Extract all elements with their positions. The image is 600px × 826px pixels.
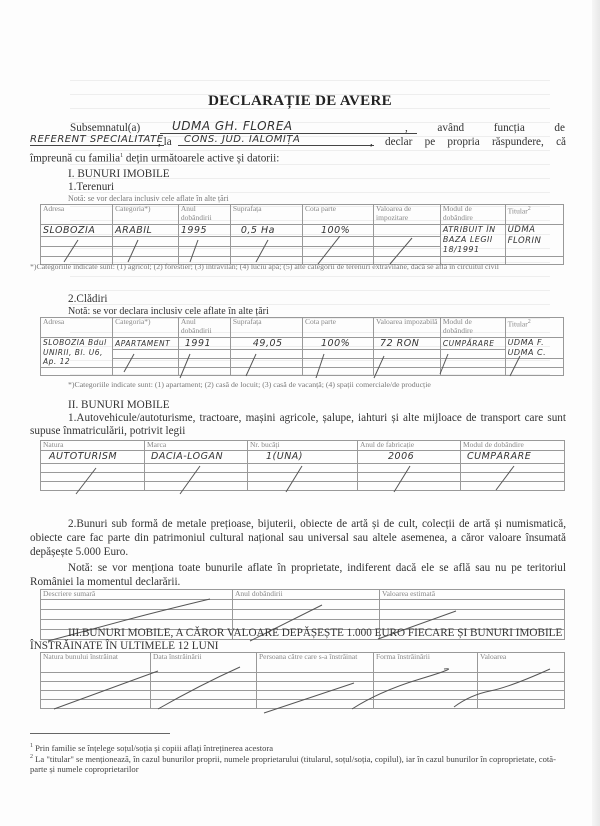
table-row: AUTOTURISM DACIA-LOGAN 1(UNA) 2006 CUMPĂ… bbox=[41, 451, 565, 464]
col-suprafata: Suprafața bbox=[230, 205, 302, 225]
cladiri-header-row: Adresa Categoria*) Anul dobândirii Supra… bbox=[41, 318, 564, 338]
intro-line-3: împreună cu familia1 dețin următoarele a… bbox=[30, 150, 279, 166]
text-avand-functia: , având funcția de bbox=[405, 122, 565, 135]
col-modul: Modul de dobândire bbox=[440, 318, 505, 338]
col-forma-instrainarii: Forma înstrăinării bbox=[374, 653, 478, 673]
col-titular: Titular2 bbox=[505, 205, 563, 225]
terenuri-note: Notă: se vor declara inclusiv cele aflat… bbox=[68, 194, 229, 204]
document-title: DECLARAȚIE DE AVERE bbox=[0, 93, 600, 110]
cell-marca: DACIA-LOGAN bbox=[145, 451, 248, 464]
footnote-2: 2 La "titular" se menționează, în cazul … bbox=[30, 752, 566, 775]
cell-titular: UDMA FLORIN bbox=[505, 225, 563, 257]
footnote-ref-2: 2 bbox=[528, 319, 531, 325]
col-categoria: Categoria*) bbox=[113, 318, 179, 338]
col-adresa: Adresa bbox=[41, 205, 113, 225]
cell-modul-dobandire: CUMPĂRARE bbox=[461, 451, 565, 464]
terenuri-heading: 1.Terenuri bbox=[68, 181, 114, 194]
cell-titular: UDMA F. UDMA C. bbox=[505, 338, 563, 359]
cladiri-footnote: *)Categoriile indicate sunt: (1) apartam… bbox=[68, 380, 431, 390]
instrainate-header-row: Natura bunului înstrăinat Data înstrăină… bbox=[41, 653, 565, 673]
cell-modul: ATRIBUIT ÎN BAZA LEGII 18/1991 bbox=[440, 225, 505, 257]
col-cota: Cota parte bbox=[302, 205, 373, 225]
col-categoria: Categoria*) bbox=[113, 205, 179, 225]
terenuri-header-row: Adresa Categoria*) Anul dobândirii Supra… bbox=[41, 205, 564, 225]
section-2-heading: II. BUNURI MOBILE bbox=[68, 399, 170, 412]
col-natura-bunului: Natura bunului înstrăinat bbox=[41, 653, 151, 673]
cell-cota: 100% bbox=[302, 225, 373, 237]
col-suprafata: Suprafața bbox=[230, 318, 302, 338]
col-modul: Modul de dobândire bbox=[440, 205, 505, 225]
section-3-heading: III.BUNURI MOBILE, A CĂROR VALOARE DEPĂȘ… bbox=[30, 627, 566, 653]
instrainate-table: Natura bunului înstrăinat Data înstrăină… bbox=[40, 652, 565, 709]
text-declar: , declar pe propria răspundere, că bbox=[370, 136, 566, 149]
section-1-heading: I. BUNURI IMOBILE bbox=[68, 168, 170, 181]
cell-modul: CUMPĂRARE bbox=[440, 338, 505, 350]
cell-adresa: SLOBOZIA Bdul UNIRII, Bl. U6, Ap. 12 bbox=[41, 338, 113, 368]
bunuri-pretioase-note: Notă: se vor menționa toate bunurile afl… bbox=[30, 561, 566, 589]
cell-valoarea bbox=[374, 225, 441, 237]
col-marca: Marca bbox=[145, 441, 248, 451]
col-data-instrainarii: Data înstrăinării bbox=[151, 653, 257, 673]
cell-anul: 1991 bbox=[178, 338, 230, 350]
scan-edge bbox=[592, 0, 600, 826]
terenuri-footnote: *)Categoriile indicate sunt: (1) agricol… bbox=[30, 262, 570, 272]
vehicule-text: 1.Autovehicule/autoturisme, tractoare, m… bbox=[30, 412, 566, 438]
cell-adresa: SLOBOZIA bbox=[41, 225, 113, 237]
terenuri-table: Adresa Categoria*) Anul dobândirii Supra… bbox=[40, 204, 564, 265]
text-la: , la bbox=[158, 136, 172, 149]
cell-categoria: APARTAMENT bbox=[113, 338, 179, 350]
col-anul-dobandirii: Anul dobândirii bbox=[233, 590, 380, 600]
text-impreuna: împreună cu familia bbox=[30, 153, 120, 165]
col-nr-bucati: Nr. bucăți bbox=[248, 441, 358, 451]
footnote-2-text: La "titular" se menționează, în cazul bu… bbox=[30, 754, 556, 775]
bunuri-pretioase-text: 2.Bunuri sub formă de metale prețioase, … bbox=[30, 517, 566, 559]
bunuri-pretioase-header-row: Descriere sumară Anul dobândirii Valoare… bbox=[41, 590, 565, 600]
declarant-institution: CONS. JUD. IALOMIȚA bbox=[178, 134, 374, 146]
col-titular-label: Titular bbox=[508, 207, 528, 216]
col-descriere: Descriere sumară bbox=[41, 590, 233, 600]
footnote-2-ref: 2 bbox=[30, 754, 33, 760]
cell-anul: 1995 bbox=[178, 225, 230, 237]
cell-suprafata: 0,5 Ha bbox=[230, 225, 302, 237]
col-valoarea: Valoarea impozabilă bbox=[374, 318, 441, 338]
col-titular: Titular2 bbox=[505, 318, 563, 338]
cell-categoria: ARABIL bbox=[113, 225, 179, 237]
cell-suprafata: 49,05 bbox=[230, 338, 302, 350]
col-anul: Anul dobândirii bbox=[178, 318, 230, 338]
col-valoarea: Valoarea de impozitare bbox=[374, 205, 441, 225]
cell-anul-fabricatie: 2006 bbox=[358, 451, 461, 464]
cladiri-table: Adresa Categoria*) Anul dobândirii Supra… bbox=[40, 317, 564, 376]
col-natura: Natura bbox=[41, 441, 145, 451]
col-cota: Cota parte bbox=[302, 318, 373, 338]
vehicule-header-row: Natura Marca Nr. bucăți Anul de fabricaț… bbox=[41, 441, 565, 451]
col-valoarea-estimata: Valoarea estimată bbox=[380, 590, 565, 600]
col-anul: Anul dobândirii bbox=[178, 205, 230, 225]
table-row: SLOBOZIA ARABIL 1995 0,5 Ha 100% ATRIBUI… bbox=[41, 225, 564, 237]
col-adresa: Adresa bbox=[41, 318, 113, 338]
col-valoarea: Valoarea bbox=[478, 653, 565, 673]
col-modul-dobandire: Modul de dobândire bbox=[461, 441, 565, 451]
declaration-page: DECLARAȚIE DE AVERE Subsemnatul(a) UDMA … bbox=[0, 0, 600, 826]
table-row: SLOBOZIA Bdul UNIRII, Bl. U6, Ap. 12 APA… bbox=[41, 338, 564, 350]
vehicule-table: Natura Marca Nr. bucăți Anul de fabricaț… bbox=[40, 440, 565, 491]
col-persoana: Persoana către care s-a înstrăinat bbox=[257, 653, 374, 673]
cell-nr-bucati: 1(UNA) bbox=[248, 451, 358, 464]
col-anul-fabricatie: Anul de fabricație bbox=[358, 441, 461, 451]
declarant-name: UDMA GH. FLOREA bbox=[160, 119, 417, 134]
footnote-ref-1: 1 bbox=[120, 153, 123, 159]
declarant-function: REFERENT SPECIALITATE bbox=[30, 134, 164, 146]
footnote-separator bbox=[30, 733, 170, 734]
footnote-ref-2: 2 bbox=[528, 206, 531, 212]
cell-valoarea: 72 RON bbox=[374, 338, 441, 350]
footnote-1-ref: 1 bbox=[30, 743, 33, 749]
cell-cota: 100% bbox=[302, 338, 373, 350]
text-detin: dețin următoarele active și datorii: bbox=[126, 153, 279, 165]
cell-natura: AUTOTURISM bbox=[41, 451, 145, 464]
col-titular-label: Titular bbox=[508, 320, 528, 329]
